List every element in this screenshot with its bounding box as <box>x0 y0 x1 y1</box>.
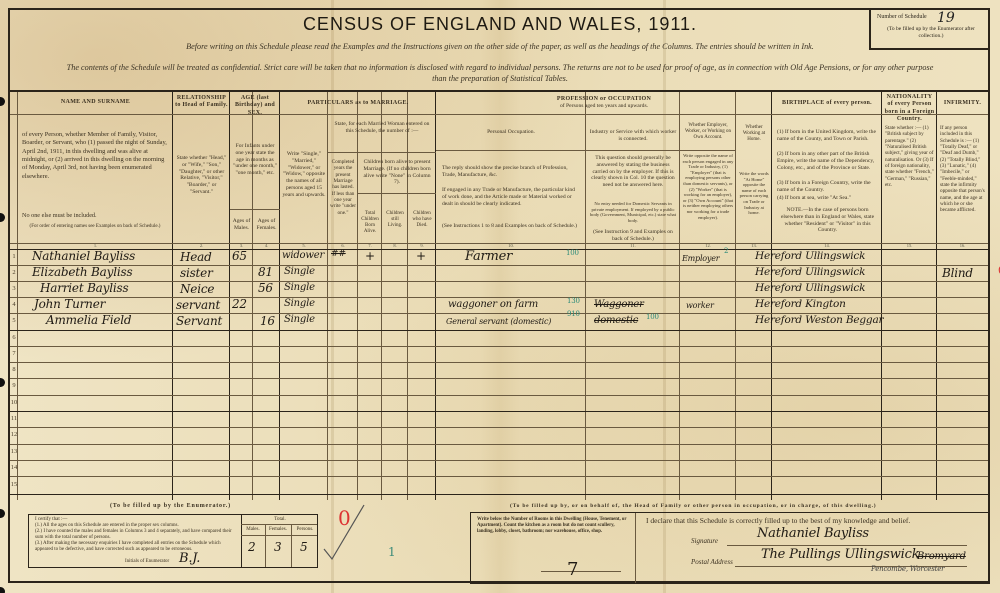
header-occupation: PROFESSION or OCCUPATIONof Persons aged … <box>436 95 772 111</box>
row-line <box>10 427 988 428</box>
header-relationship: RELATIONSHIP to Head of Family. <box>173 94 230 111</box>
infirmity: Blind <box>942 266 973 280</box>
column-number: 11. <box>586 243 680 248</box>
tally-one: 1 <box>388 545 395 559</box>
row-number: 1 <box>5 253 23 260</box>
col-children-died <box>408 92 436 500</box>
row-number: 8 <box>5 366 23 373</box>
header-home-body: Write the words "At Home" opposite the n… <box>736 170 772 217</box>
relationship: Servant <box>176 314 222 328</box>
enumerator-box: I certify that :— (1.) All the ages on t… <box>28 514 318 568</box>
header-divider <box>358 193 436 194</box>
header-industry-note: No entry needed for Domestic Servants in… <box>588 200 678 224</box>
employer-code: 2 <box>724 247 728 255</box>
column-number: 14. <box>772 243 882 248</box>
header-birthplace-4: (4) If born at sea, write "At Sea." <box>775 194 880 203</box>
row-line <box>10 411 988 412</box>
industry: domestic <box>594 315 638 326</box>
col-years-married <box>328 92 358 500</box>
persons-label: Persons. <box>291 527 319 533</box>
row-number: 4 <box>5 301 23 308</box>
header-name-order-note: (For order of entering names see Example… <box>20 223 170 231</box>
marital-condition: Single <box>284 266 315 277</box>
col-children-total <box>358 92 382 500</box>
marital-condition: Single <box>284 298 315 309</box>
employer-status: worker <box>686 301 714 310</box>
postal-address: The Pullings Ullingswick <box>761 547 919 562</box>
row-number: 2 <box>5 269 23 276</box>
declaration: I declare that this Schedule is correctl… <box>646 516 910 525</box>
males-label: Males. <box>241 527 265 533</box>
row-number: 6 <box>5 334 23 341</box>
row-line <box>10 330 988 331</box>
header-divider <box>10 114 988 115</box>
row-number: 14 <box>5 464 23 471</box>
header-employer: Whether Employer, Worker, or Working on … <box>680 122 736 142</box>
postal-address-line2: Pencombe, Worcester <box>871 565 944 573</box>
children-died: + <box>416 249 426 263</box>
header-industry-ref: (See Instruction 9 and Examples on back … <box>588 228 678 244</box>
initials-label: Initials of Enumerator <box>125 559 169 565</box>
row-number: 7 <box>5 350 23 357</box>
person-name: John Turner <box>34 297 105 311</box>
occupation-code: 910 <box>567 310 580 318</box>
header-name-body: of every Person, whether Member of Famil… <box>20 130 170 182</box>
signature: Nathaniel Bayliss <box>757 526 869 541</box>
relationship: sister <box>180 266 213 280</box>
confidential-line-2: than the preparation of Statistical Tabl… <box>20 74 980 83</box>
birthplace: Hereford Ullingswick <box>755 250 865 262</box>
header-birthplace-3: (3) If born in a Foreign Country, write … <box>775 179 880 195</box>
marital-condition: widower <box>282 250 324 261</box>
confidential-line: The contents of the Schedule will be tre… <box>20 63 980 72</box>
column-number: 6. <box>328 243 358 248</box>
header-name-note: No one else must be included. <box>20 211 170 221</box>
postal-address-struck: Bromyard <box>917 551 966 562</box>
children-total: + <box>365 249 375 263</box>
row-number: 11 <box>5 415 23 422</box>
row-line <box>10 395 988 396</box>
row-line <box>10 494 988 495</box>
column-number: 10. <box>436 243 586 248</box>
signature-label: Signature <box>691 537 718 545</box>
column-number: 15. <box>882 243 937 248</box>
row-line <box>10 378 988 379</box>
header-children-total: Total Children Born Alive. <box>358 210 382 236</box>
employer-status: Employer <box>682 254 719 263</box>
column-number: 16. <box>937 243 988 248</box>
row-number: 5 <box>5 317 23 324</box>
header-industry-body: This question should generally be answer… <box>588 154 678 190</box>
column-number: 5. <box>280 243 328 248</box>
row-number: 9 <box>5 382 23 389</box>
header-children-living: Children still Living. <box>382 210 408 230</box>
header-personal-body-2: If engaged in any Trade or Manufacture, … <box>440 186 582 208</box>
marital-condition: Single <box>284 314 315 325</box>
header-birthplace-note: NOTE.—In the case of persons born elsewh… <box>775 206 880 235</box>
age-male: 22 <box>232 297 247 311</box>
col-working-at-home <box>736 92 772 500</box>
col-children-living <box>382 92 408 500</box>
header-divider <box>328 152 436 153</box>
total-persons: 5 <box>300 540 307 554</box>
person-name: Ammelia Field <box>46 313 131 327</box>
header-personal-body-3: (See Instructions 1 to 8 and Examples on… <box>440 222 582 231</box>
relationship: servant <box>176 298 220 312</box>
row-number: 13 <box>5 448 23 455</box>
header-age-females: Ages of Females. <box>253 217 280 233</box>
row-line <box>10 460 988 461</box>
birthplace: Hereford Ullingswick <box>755 266 865 278</box>
person-name: Nathaniel Bayliss <box>32 249 135 263</box>
header-marriage-condition: Write "Single," "Married," "Widower," or… <box>280 150 328 200</box>
instruction-line: Before writing on this Schedule please r… <box>20 42 980 51</box>
header-personal-occupation: Personal Occupation. <box>436 128 586 137</box>
header-home: Whether Working at Home. <box>736 124 772 144</box>
column-number: 2. <box>173 243 230 248</box>
certify-item-2: (2.) I have counted the males and female… <box>35 529 235 542</box>
total-males: 2 <box>248 540 255 554</box>
header-divider <box>230 209 280 210</box>
row-line <box>10 346 988 347</box>
header-age-males: Ages of Males. <box>230 217 253 233</box>
row-line <box>10 362 988 363</box>
header-birthplace-1: (1) If born in the United Kingdom, write… <box>775 128 880 144</box>
column-number: 1. <box>18 243 173 248</box>
row-line <box>10 476 988 477</box>
header-relationship-body: State whether "Head," or "Wife," "Son," … <box>173 154 230 197</box>
header-birthplace-2: (2) If born in any other part of the Bri… <box>775 150 880 172</box>
col-personal-occupation <box>436 92 586 500</box>
column-number: 7. <box>358 243 382 248</box>
check-mark-icon <box>322 503 367 561</box>
age-female: 81 <box>258 265 273 279</box>
row-number: 10 <box>5 399 23 406</box>
header-birthplace: BIRTHPLACE of every person. <box>772 99 882 108</box>
marital-condition: Single <box>284 282 315 293</box>
header-employer-body: Write opposite the name of each person e… <box>680 152 736 221</box>
row-number: 15 <box>5 481 23 488</box>
header-divider <box>436 150 736 151</box>
females-label: Females. <box>265 527 291 533</box>
personal-occupation: General servant (domestic) <box>446 317 551 326</box>
enumerator-heading: (To be filled up by the Enumerator.) <box>110 503 231 509</box>
total-label: Total. <box>241 517 319 523</box>
header-age-body: For Infants under one year state the age… <box>230 142 280 178</box>
industry-code: 100 <box>646 313 659 321</box>
schedule-number: 19 <box>937 10 955 27</box>
census-table: NAME AND SURNAME of every Person, whethe… <box>10 90 988 500</box>
document-title: CENSUS OF ENGLAND AND WALES, 1911. <box>0 14 1000 35</box>
header-infirmity: INFIRMITY. <box>937 99 988 108</box>
number-of-rooms: 7 <box>567 559 578 580</box>
person-name: Harriet Bayliss <box>40 281 128 295</box>
column-number: 8. <box>382 243 408 248</box>
certify-item-3: (3.) After making the necessary enquirie… <box>35 541 235 554</box>
age-male: 65 <box>232 249 247 263</box>
row-number: 12 <box>5 431 23 438</box>
birthplace: Hereford Weston Beggar <box>755 314 883 326</box>
enumerator-initials: B.J. <box>179 551 200 566</box>
row-line <box>10 444 988 445</box>
birthplace: Hereford Kington <box>755 298 846 310</box>
birthplace: Hereford Ullingswick <box>755 282 865 294</box>
header-name: NAME AND SURNAME <box>18 98 173 107</box>
personal-occupation: waggoner on farm <box>448 299 538 310</box>
years-married: ## <box>331 249 346 259</box>
occupation-code: 100 <box>566 249 579 257</box>
header-nationality-body: State whether :— (1) "British subject by… <box>883 124 936 189</box>
header-children-group: Children born alive to present Marriage.… <box>358 158 436 187</box>
postal-address-label: Postal Address <box>691 558 733 566</box>
age-female: 56 <box>258 281 273 295</box>
header-industry: Industry or Service with which worker is… <box>586 128 680 144</box>
householder-heading: (To be filled up by, or on behalf of, th… <box>510 503 876 509</box>
total-females: 3 <box>274 540 281 554</box>
age-female: 16 <box>260 314 275 328</box>
header-married-woman: State, for each Married Woman entered on… <box>328 120 436 136</box>
schedule-number-label: Number of Schedule <box>877 14 927 20</box>
schedule-number-hint: (To be filled up by the Enumerator after… <box>877 26 985 39</box>
header-age: AGE (last Birthday) and SEX. <box>230 94 280 118</box>
column-number: 9. <box>408 243 436 248</box>
person-name: Elizabeth Bayliss <box>32 265 132 279</box>
relationship: Neice <box>180 282 214 296</box>
occupation-code: 130 <box>567 297 580 305</box>
rooms-instruction: Write below the Number of Rooms in this … <box>477 517 627 535</box>
header-children-died: Children who have Died. <box>408 210 436 230</box>
header-marriage: PARTICULARS as to MARRIAGE. <box>280 99 436 108</box>
column-number: 13. <box>736 243 772 248</box>
row-number: 3 <box>5 285 23 292</box>
householder-box: Write below the Number of Rooms in this … <box>470 512 990 584</box>
header-infirmity-body: If any person included in this Schedule … <box>938 124 987 215</box>
column-number: 4. <box>253 243 280 248</box>
industry: Waggoner <box>594 299 644 310</box>
header-nationality: NATIONALITY of every Person born in a Fo… <box>882 93 937 124</box>
header-years-married: Completed years the present Marriage has… <box>328 158 358 217</box>
header-personal-body-1: The reply should show the precise branch… <box>440 164 582 180</box>
relationship: Head <box>180 250 212 264</box>
row-number-column <box>10 92 18 500</box>
column-number: 3. <box>230 243 253 248</box>
schedule-number-box: Number of Schedule 19 (To be filled up b… <box>869 8 989 50</box>
personal-occupation: Farmer <box>465 249 512 264</box>
